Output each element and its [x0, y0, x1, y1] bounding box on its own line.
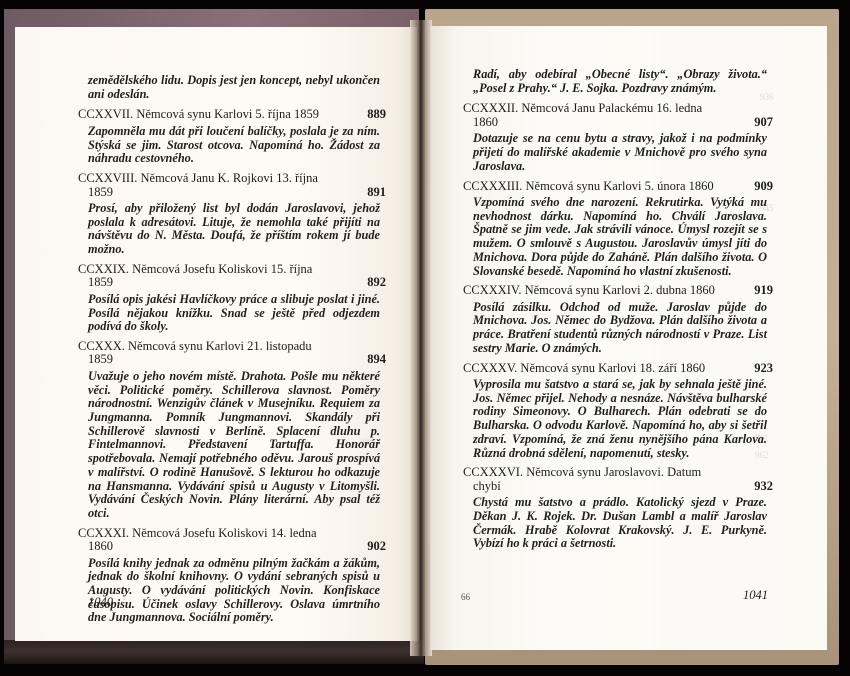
entry-numeral: CCXXIX. [78, 262, 129, 276]
entry-page-number: 902 [367, 540, 386, 554]
entry-summary: Vzpomíná svého dne narození. Rekrutirka.… [463, 196, 773, 278]
entry-numeral: CCXXVIII. [78, 171, 137, 185]
entry-page-number: 891 [367, 186, 386, 200]
letter-entry: CCXXXV. Němcová synu Karlovi 18. září 18… [463, 362, 773, 461]
letter-entry: CCXXIX. Němcová Josefu Koliskovi 15. říj… [78, 263, 386, 334]
entry-heading-text: Němcová synu Karlovi 2. dubna 1860 [525, 283, 715, 297]
entry-heading-text: Němcová Janu Palackému 16. ledna [521, 101, 702, 115]
entry-heading-text: Němcová Janu K. Rojkovi 13. října [141, 171, 318, 185]
entry-summary: Posílá knihy jednak za odměnu pilným žač… [78, 557, 386, 626]
entry-page-number: 909 [754, 180, 773, 194]
right-page-column: Radí, aby odebíral „Obecné listy“. „Obra… [463, 68, 773, 557]
letter-entry: CCXXX. Němcová synu Karlovi 21. listopad… [78, 340, 386, 521]
entry-heading: CCXXXI. Němcová Josefu Koliskovi 14. led… [78, 527, 386, 554]
continuation-text: Radí, aby odebíral „Obecné listy“. „Obra… [463, 68, 773, 95]
entry-numeral: CCXXVII. [78, 107, 133, 121]
entry-heading-text: Němcová synu Karlovi 5. října 1859 [136, 107, 319, 121]
letter-entry: CCXXXI. Němcová Josefu Koliskovi 14. led… [78, 527, 386, 626]
book-gutter [410, 20, 432, 656]
entry-numeral: CCXXXVI. [463, 465, 523, 479]
letter-entry: CCXXVIII. Němcová Janu K. Rojkovi 13. ří… [78, 172, 386, 257]
entry-page-number: 907 [754, 116, 773, 130]
entry-heading: CCXXVIII. Němcová Janu K. Rojkovi 13. ří… [78, 172, 386, 199]
entry-summary: Dotazuje se na cenu bytu a stravy, jakož… [463, 132, 773, 173]
entry-heading-text: Němcová Josefu Koliskovi 15. října [132, 262, 312, 276]
entry-heading-text: Němcová synu Karlovi 18. září 1860 [520, 361, 705, 375]
entry-heading-text: Němcová synu Karlovi 5. února 1860 [526, 179, 714, 193]
entry-heading: CCXXX. Němcová synu Karlovi 21. listopad… [78, 340, 386, 367]
entry-heading-text: Němcová synu Jaroslavovi. Datum [526, 465, 701, 479]
entry-numeral: CCXXXV. [463, 361, 517, 375]
book-cover-left-bottom-edge [4, 640, 424, 664]
entry-summary: Prosí, aby přiložený list byl dodán Jaro… [78, 202, 386, 257]
entry-heading: CCXXXIII. Němcová synu Karlovi 5. února … [463, 180, 773, 194]
entry-page-number: 894 [367, 353, 386, 367]
entry-heading: CCXXXV. Němcová synu Karlovi 18. září 18… [463, 362, 773, 376]
entry-numeral: CCXXXIII. [463, 179, 522, 193]
entry-summary: Zapomněla mu dát při loučení balíčky, po… [78, 125, 386, 166]
entry-page-number: 919 [754, 284, 773, 298]
entry-numeral: CCXXXIV. [463, 283, 521, 297]
page-number-right: 1041 [743, 588, 768, 603]
entry-heading-continuation: 1860 [78, 540, 350, 554]
entry-numeral: CCXXXI. [78, 526, 129, 540]
entry-numeral: CCXXX. [78, 339, 125, 353]
printer-signature-mark: 66 [461, 592, 470, 602]
letter-entry: CCXXVII. Němcová synu Karlovi 5. října 1… [78, 108, 386, 166]
entry-summary: Posílá zásilku. Odchod od muže. Jaroslav… [463, 301, 773, 356]
entry-heading-continuation: 1859 [78, 353, 350, 367]
continuation-text: zemědělského lidu. Dopis jest jen koncep… [78, 74, 386, 101]
entry-summary: Chystá mu šatstvo a prádlo. Katolický sj… [463, 496, 773, 551]
entry-page-number: 932 [754, 480, 773, 494]
letter-entry: CCXXXIV. Němcová synu Karlovi 2. dubna 1… [463, 284, 773, 355]
letter-entry: CCXXXVI. Němcová synu Jaroslavovi. Datum… [463, 466, 773, 551]
entry-summary: Vyprosila mu šatstvo a stará se, jak by … [463, 378, 773, 460]
letter-entry: CCXXXII. Němcová Janu Palackému 16. ledn… [463, 102, 773, 173]
entry-page-number: 923 [754, 362, 773, 376]
entry-heading: CCXXXIV. Němcová synu Karlovi 2. dubna 1… [463, 284, 773, 298]
entry-summary: Posílá opis jakési Havlíčkovy práce a sl… [78, 293, 386, 334]
entry-heading-continuation: 1859 [78, 186, 350, 200]
entry-heading: CCXXIX. Němcová Josefu Koliskovi 15. říj… [78, 263, 386, 290]
entry-summary: Uvažuje o jeho novém místě. Drahota. Poš… [78, 370, 386, 521]
entry-heading-continuation: chybí [463, 480, 737, 494]
entry-heading-continuation: 1860 [463, 116, 737, 130]
entry-numeral: CCXXXII. [463, 101, 518, 115]
entry-heading-text: Němcová synu Karlovi 21. listopadu [128, 339, 312, 353]
letter-entry: CCXXXIII. Němcová synu Karlovi 5. února … [463, 180, 773, 279]
entry-heading-continuation: 1859 [78, 276, 350, 290]
entry-heading: CCXXXII. Němcová Janu Palackému 16. ledn… [463, 102, 773, 129]
entry-page-number: 889 [367, 108, 386, 122]
entry-heading: CCXXVII. Němcová synu Karlovi 5. října 1… [78, 108, 386, 122]
left-page-column: zemědělského lidu. Dopis jest jen koncep… [78, 74, 386, 631]
entry-heading: CCXXXVI. Němcová synu Jaroslavovi. Datum… [463, 466, 773, 493]
entry-heading-text: Němcová Josefu Koliskovi 14. ledna [132, 526, 316, 540]
entry-page-number: 892 [367, 276, 386, 290]
page-number-left: 1040 [88, 595, 113, 610]
